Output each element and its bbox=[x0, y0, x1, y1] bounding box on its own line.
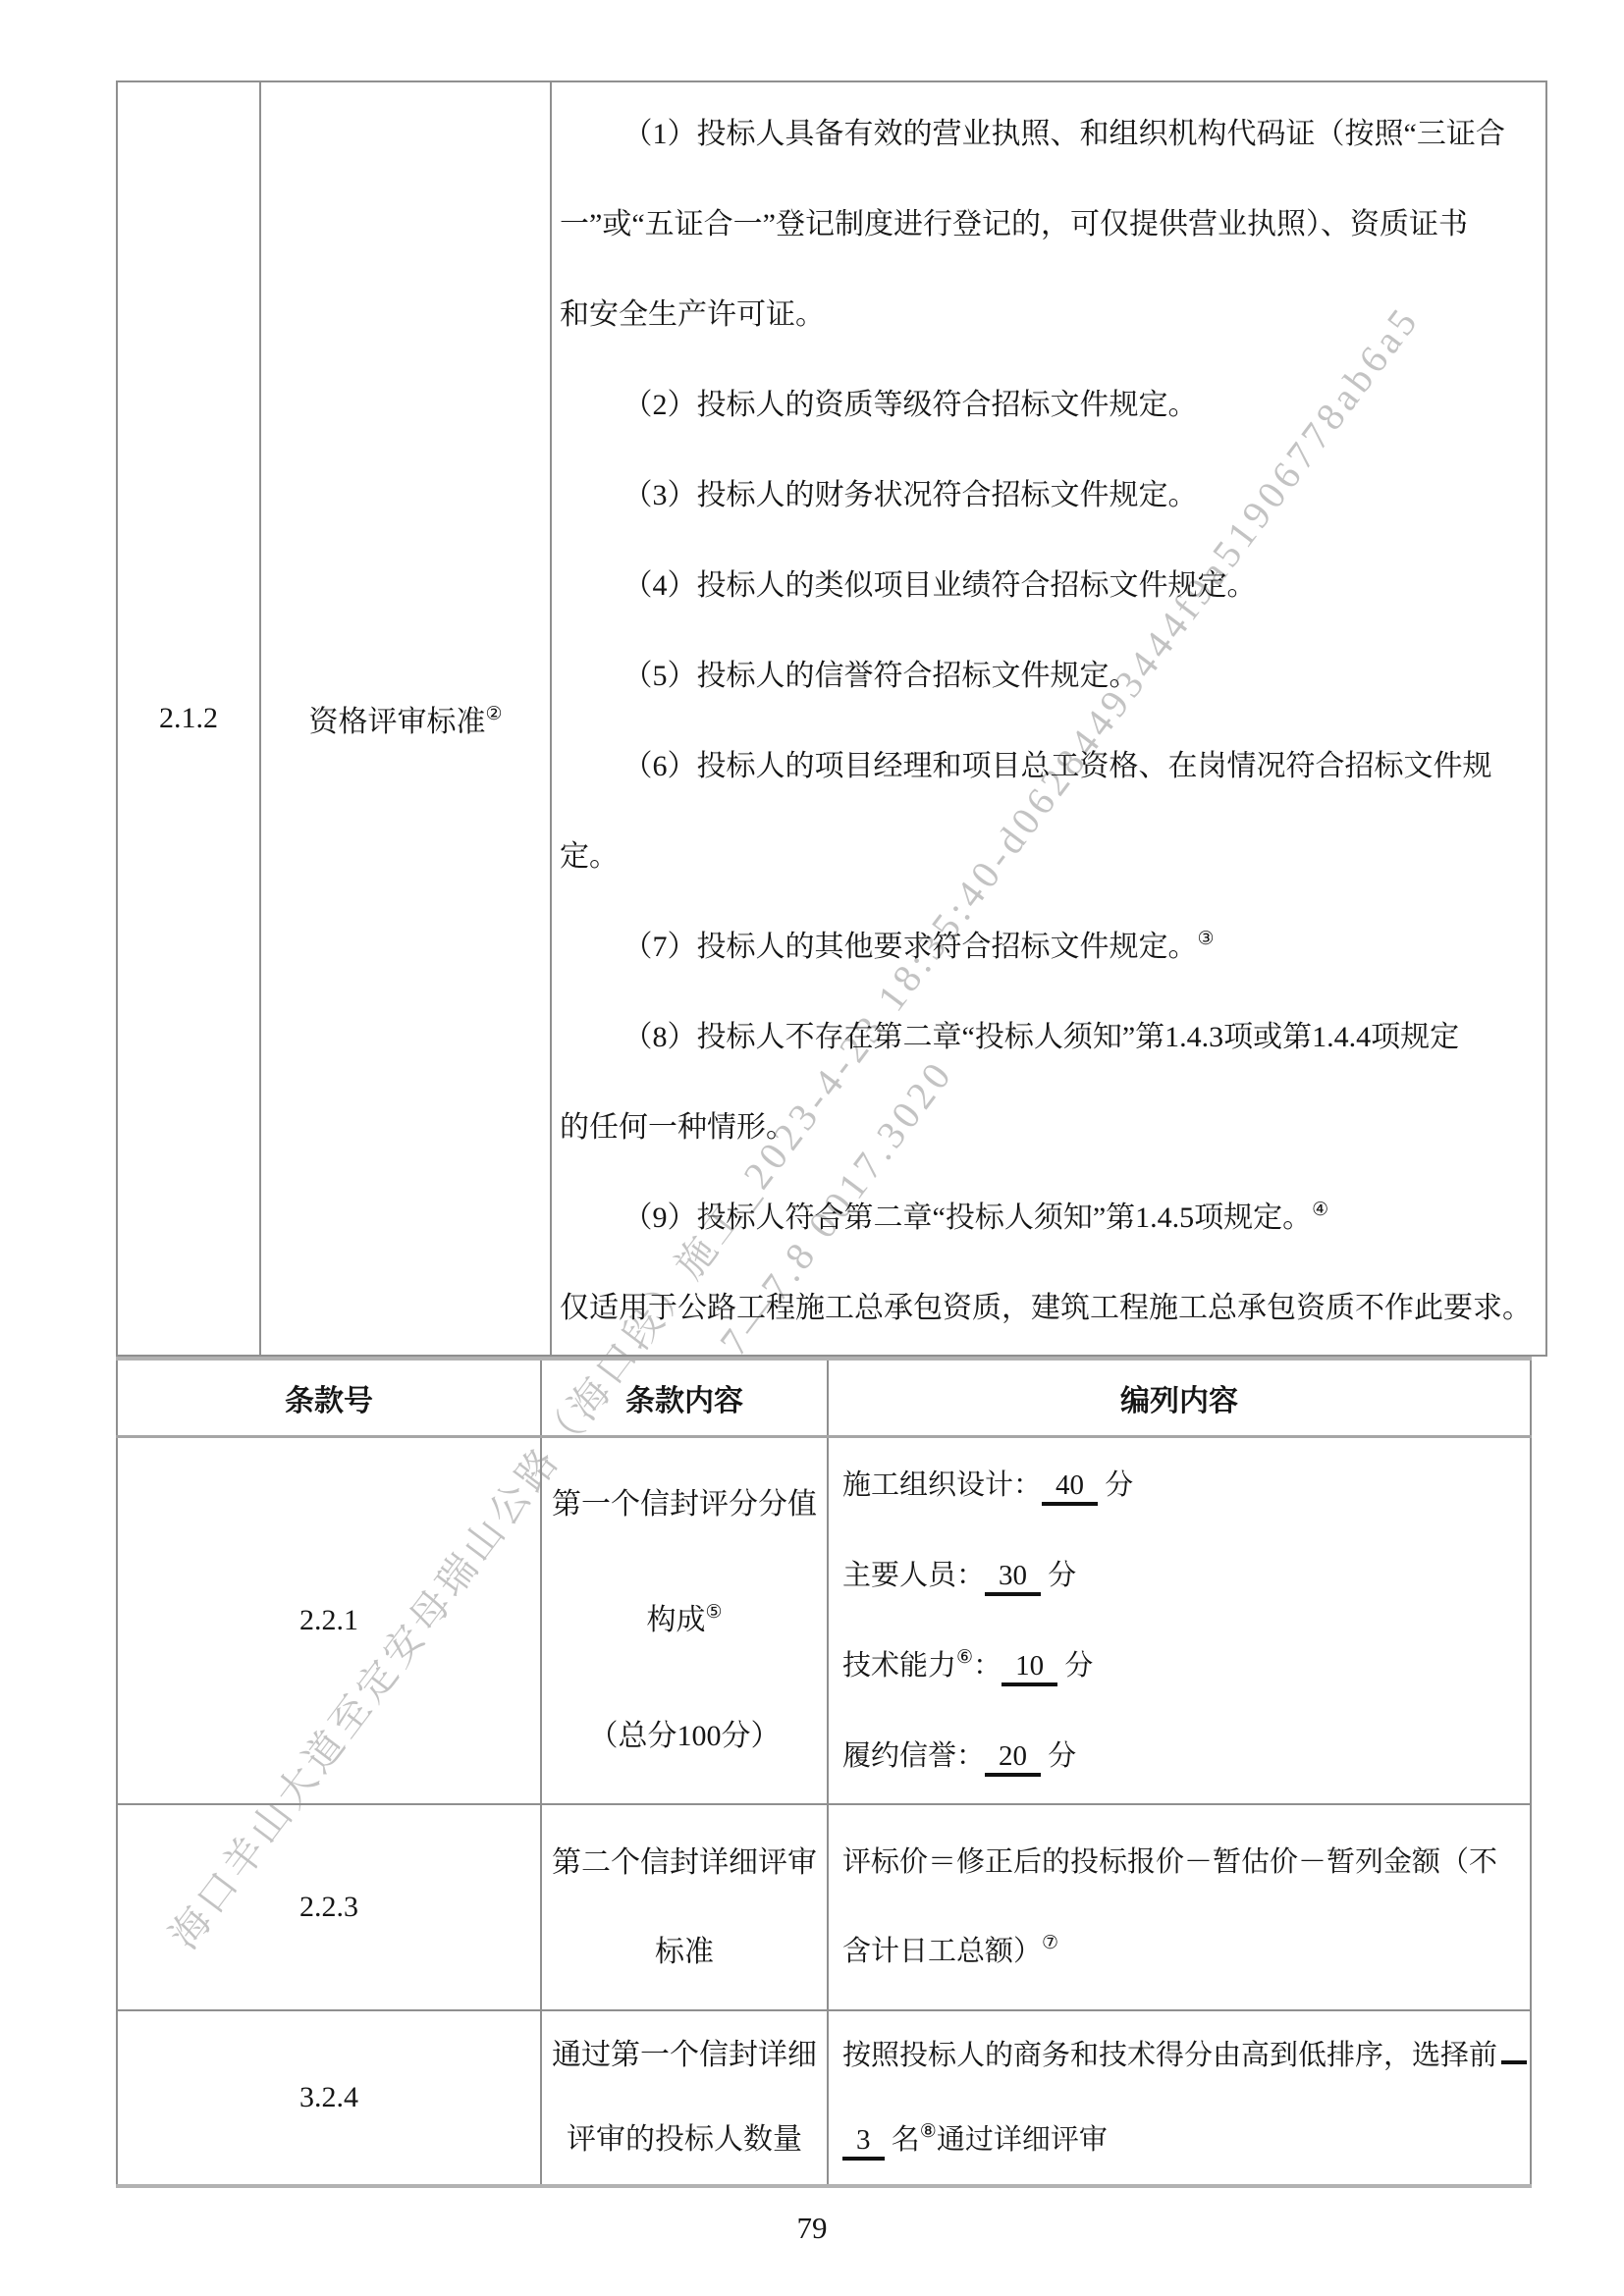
clause-line: 定。 bbox=[560, 812, 1538, 902]
content-line-text: 通过第一个信封详细 bbox=[552, 2039, 817, 2071]
clause-content-cell: （1）投标人具备有效的营业执照、和组织机构代码证（按照“三证合一”或“五证合一”… bbox=[551, 81, 1546, 1356]
clause-line: 仅适用于公路工程施工总承包资质，建筑工程施工总承包资质不作此要求。 bbox=[560, 1263, 1538, 1354]
text-segment: 履约信誉： bbox=[842, 1740, 985, 1772]
detail-line: 技术能力⑥：10 分 bbox=[842, 1621, 1530, 1711]
underlined-value: 10 bbox=[1001, 1651, 1057, 1686]
terms-clause-no: 2.2.1 bbox=[117, 1437, 541, 1805]
clause-line-text: （7）投标人的其他要求符合招标文件规定。 bbox=[623, 931, 1198, 963]
clause-line-text: 仅适用于公路工程施工总承包资质，建筑工程施工总承包资质不作此要求。 bbox=[560, 1292, 1532, 1324]
detail-line: 按照投标人的商务和技术得分由高到低排序，选择前 bbox=[842, 2013, 1530, 2098]
clause-line-text: （8）投标人不存在第二章“投标人须知”第1.4.3项或第1.4.4项规定 bbox=[623, 1021, 1460, 1053]
text-segment: 评标价＝修正后的投标报价－暂估价－暂列金额（不 bbox=[842, 1846, 1497, 1878]
terms-clause-content: 通过第一个信封详细评审的投标人数量 bbox=[541, 2010, 828, 2186]
clause-line: （8）投标人不存在第二章“投标人须知”第1.4.3项或第1.4.4项规定 bbox=[560, 992, 1538, 1083]
terms-clause-no: 3.2.4 bbox=[117, 2010, 541, 2186]
terms-listed-content: 按照投标人的商务和技术得分由高到低排序，选择前3 名⑧通过详细评审 bbox=[828, 2010, 1531, 2186]
content-line-text: 构成 bbox=[646, 1604, 705, 1636]
blank-underline bbox=[1501, 2032, 1527, 2064]
text-segment: 名 bbox=[885, 2124, 920, 2156]
content-line-text: 评审的投标人数量 bbox=[567, 2123, 802, 2156]
underlined-value: 20 bbox=[985, 1741, 1041, 1777]
content-line: 标准 bbox=[542, 1907, 827, 1997]
tables-area: 2.1.2 资格评审标准② （1）投标人具备有效的营业执照、和组织机构代码证（按… bbox=[116, 80, 1524, 2188]
content-line-text: 第一个信封评分分值 bbox=[552, 1488, 817, 1521]
superscript-note: ⑦ bbox=[1042, 1933, 1058, 1953]
clause-line-text: （2）投标人的资质等级符合招标文件规定。 bbox=[623, 389, 1198, 421]
clause-line-text: 的任何一种情形。 bbox=[560, 1111, 795, 1144]
detail-line: 含计日工总额）⑦ bbox=[842, 1907, 1530, 1997]
clause-line: （5）投标人的信誉符合招标文件规定。 bbox=[560, 631, 1538, 721]
content-line: 构成⑤ bbox=[542, 1563, 827, 1679]
clause-line: （9）投标人符合第二章“投标人须知”第1.4.5项规定。④ bbox=[560, 1173, 1538, 1263]
detail-line: 3 名⑧通过详细评审 bbox=[842, 2098, 1530, 2182]
clause-line-text: 一”或“五证合一”登记制度进行登记的，可仅提供营业执照）、资质证书 bbox=[560, 208, 1468, 240]
clause-line: （6）投标人的项目经理和项目总工资格、在岗情况符合招标文件规 bbox=[560, 721, 1538, 812]
clause-line-text: （6）投标人的项目经理和项目总工资格、在岗情况符合招标文件规 bbox=[623, 750, 1492, 782]
clause-number-cell: 2.1.2 bbox=[117, 81, 260, 1356]
clause-line: （4）投标人的类似项目业绩符合招标文件规定。 bbox=[560, 541, 1538, 631]
clause-line: （3）投标人的财务状况符合招标文件规定。 bbox=[560, 451, 1538, 541]
content-line-text: 第二个信封详细评审 bbox=[552, 1846, 817, 1879]
detail-line: 评标价＝修正后的投标报价－暂估价－暂列金额（不 bbox=[842, 1818, 1530, 1907]
content-line: 通过第一个信封详细 bbox=[542, 2013, 827, 2098]
clause-line-text: （4）投标人的类似项目业绩符合招标文件规定。 bbox=[623, 569, 1257, 602]
text-segment: 分 bbox=[1098, 1469, 1133, 1501]
terms-row: 2.2.1第一个信封评分分值构成⑤（总分100分）施工组织设计：40 分主要人员… bbox=[117, 1437, 1531, 1805]
clause-line-text: （3）投标人的财务状况符合招标文件规定。 bbox=[623, 479, 1198, 511]
underlined-value: 40 bbox=[1042, 1470, 1098, 1506]
header-clause-content: 条款内容 bbox=[541, 1359, 828, 1437]
terms-table: 条款号 条款内容 编列内容 2.2.1第一个信封评分分值构成⑤（总分100分）施… bbox=[116, 1357, 1532, 2188]
document-page: 海口羊山大道至定安母瑞山公路（海口段）施工_2023-4-23 18:35:40… bbox=[0, 0, 1624, 2296]
terms-clause-no: 2.2.3 bbox=[117, 1804, 541, 2010]
terms-clause-content: 第一个信封评分分值构成⑤（总分100分） bbox=[541, 1437, 828, 1805]
clause-line: （2）投标人的资质等级符合招标文件规定。 bbox=[560, 360, 1538, 451]
clause-title-superscript: ② bbox=[485, 704, 502, 724]
content-line: 评审的投标人数量 bbox=[542, 2098, 827, 2182]
clause-line: 的任何一种情形。 bbox=[560, 1083, 1538, 1173]
clause-title-cell: 资格评审标准② bbox=[260, 81, 551, 1356]
text-segment: 施工组织设计： bbox=[842, 1469, 1042, 1501]
text-segment: 通过详细评审 bbox=[937, 2124, 1108, 2156]
content-line-text: （总分100分） bbox=[589, 1720, 781, 1752]
text-segment: 分 bbox=[1041, 1740, 1076, 1772]
superscript-note: ⑤ bbox=[705, 1602, 722, 1623]
detail-line: 施工组织设计：40 分 bbox=[842, 1440, 1530, 1530]
header-listed-content: 编列内容 bbox=[828, 1359, 1531, 1437]
clause-line: 和安全生产许可证。 bbox=[560, 270, 1538, 360]
content-line: 第二个信封详细评审 bbox=[542, 1818, 827, 1907]
text-segment: 分 bbox=[1057, 1650, 1093, 1682]
superscript-note: ④ bbox=[1312, 1200, 1328, 1220]
qualification-row: 2.1.2 资格评审标准② （1）投标人具备有效的营业执照、和组织机构代码证（按… bbox=[117, 81, 1546, 1356]
clause-line-text: 和安全生产许可证。 bbox=[560, 298, 825, 331]
text-segment: 含计日工总额） bbox=[842, 1936, 1042, 1967]
content-line-text: 标准 bbox=[655, 1936, 714, 1968]
text-segment: ： bbox=[973, 1650, 1001, 1682]
page-number: 79 bbox=[0, 2211, 1624, 2246]
underlined-value: 3 bbox=[842, 2125, 885, 2161]
clause-line-text: （5）投标人的信誉符合招标文件规定。 bbox=[623, 660, 1139, 692]
terms-header-row: 条款号 条款内容 编列内容 bbox=[117, 1359, 1531, 1437]
detail-line: 主要人员：30 分 bbox=[842, 1530, 1530, 1621]
clause-title: 资格评审标准 bbox=[308, 706, 485, 738]
detail-line: 履约信誉：20 分 bbox=[842, 1711, 1530, 1801]
underlined-value: 30 bbox=[985, 1561, 1041, 1596]
clause-line: （1）投标人具备有效的营业执照、和组织机构代码证（按照“三证合 bbox=[560, 89, 1538, 180]
terms-listed-content: 评标价＝修正后的投标报价－暂估价－暂列金额（不含计日工总额）⑦ bbox=[828, 1804, 1531, 2010]
clause-line: 一”或“五证合一”登记制度进行登记的，可仅提供营业执照）、资质证书 bbox=[560, 180, 1538, 270]
clause-line: （7）投标人的其他要求符合招标文件规定。③ bbox=[560, 902, 1538, 992]
clause-line-text: （1）投标人具备有效的营业执照、和组织机构代码证（按照“三证合 bbox=[623, 118, 1505, 150]
superscript-note: ③ bbox=[1198, 929, 1215, 949]
superscript-note: ⑥ bbox=[956, 1647, 973, 1668]
clause-line-text: 定。 bbox=[560, 840, 619, 873]
text-segment: 分 bbox=[1041, 1560, 1076, 1591]
qualification-criteria-table: 2.1.2 资格评审标准② （1）投标人具备有效的营业执照、和组织机构代码证（按… bbox=[116, 80, 1547, 1357]
terms-clause-content: 第二个信封详细评审标准 bbox=[541, 1804, 828, 2010]
text-segment: 主要人员： bbox=[842, 1560, 985, 1591]
content-line: （总分100分） bbox=[542, 1679, 827, 1794]
text-segment: 技术能力 bbox=[842, 1650, 956, 1682]
header-clause-no: 条款号 bbox=[117, 1359, 541, 1437]
terms-listed-content: 施工组织设计：40 分主要人员：30 分技术能力⑥：10 分履约信誉：20 分 bbox=[828, 1437, 1531, 1805]
terms-row: 2.2.3第二个信封详细评审标准评标价＝修正后的投标报价－暂估价－暂列金额（不含… bbox=[117, 1804, 1531, 2010]
content-line: 第一个信封评分分值 bbox=[542, 1447, 827, 1563]
terms-row: 3.2.4通过第一个信封详细评审的投标人数量按照投标人的商务和技术得分由高到低排… bbox=[117, 2010, 1531, 2186]
clause-line-text: （9）投标人符合第二章“投标人须知”第1.4.5项规定。 bbox=[623, 1201, 1313, 1234]
text-segment: 按照投标人的商务和技术得分由高到低排序，选择前 bbox=[842, 2040, 1497, 2071]
superscript-note: ⑧ bbox=[920, 2121, 937, 2142]
